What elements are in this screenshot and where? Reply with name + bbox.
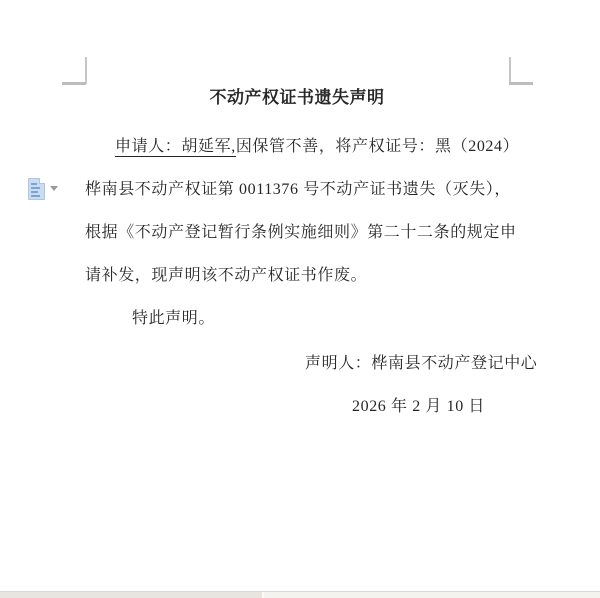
body-line-4: 请补发，现声明该不动产权证书作废。 bbox=[85, 265, 367, 287]
crop-mark-horizontal-line bbox=[509, 82, 533, 85]
body-line-3: 根据《不动产登记暂行条例实施细则》第二十二条的规定申 bbox=[85, 222, 517, 244]
applicant-underlined-text: 申请人：胡延军, bbox=[115, 138, 236, 157]
status-bar-edge bbox=[0, 591, 600, 598]
crop-mark-horizontal-line bbox=[62, 82, 86, 85]
signature-line: 声明人：桦南县不动产登记中心 bbox=[305, 353, 537, 375]
status-bar-left-segment bbox=[0, 592, 264, 598]
paste-options-button[interactable] bbox=[26, 176, 62, 202]
crop-mark-vertical-line bbox=[85, 57, 87, 84]
crop-mark-vertical-line bbox=[509, 57, 511, 84]
document-page: 不动产权证书遗失声明 申请人：胡延军,因保管不善，将产权证号：黑（2024） 桦… bbox=[0, 0, 600, 598]
text-boundary-mark-top-left bbox=[62, 57, 87, 85]
body-line-1-rest: 因保管不善，将产权证号：黑（2024） bbox=[236, 138, 519, 155]
text-boundary-mark-top-right bbox=[509, 57, 534, 85]
date-line: 2026 年 2 月 10 日 bbox=[352, 396, 485, 418]
page-fold-corner bbox=[39, 178, 45, 184]
body-line-2: 桦南县不动产权证第 0011376 号不动产证书遗失（灭失）， bbox=[85, 179, 511, 201]
paste-clipboard-icon bbox=[28, 178, 45, 200]
closing-statement: 特此声明。 bbox=[132, 308, 215, 330]
body-line-1: 申请人：胡延军,因保管不善，将产权证号：黑（2024） bbox=[115, 136, 519, 158]
document-title: 不动产权证书遗失声明 bbox=[85, 87, 509, 109]
chevron-down-icon[interactable] bbox=[50, 186, 58, 191]
